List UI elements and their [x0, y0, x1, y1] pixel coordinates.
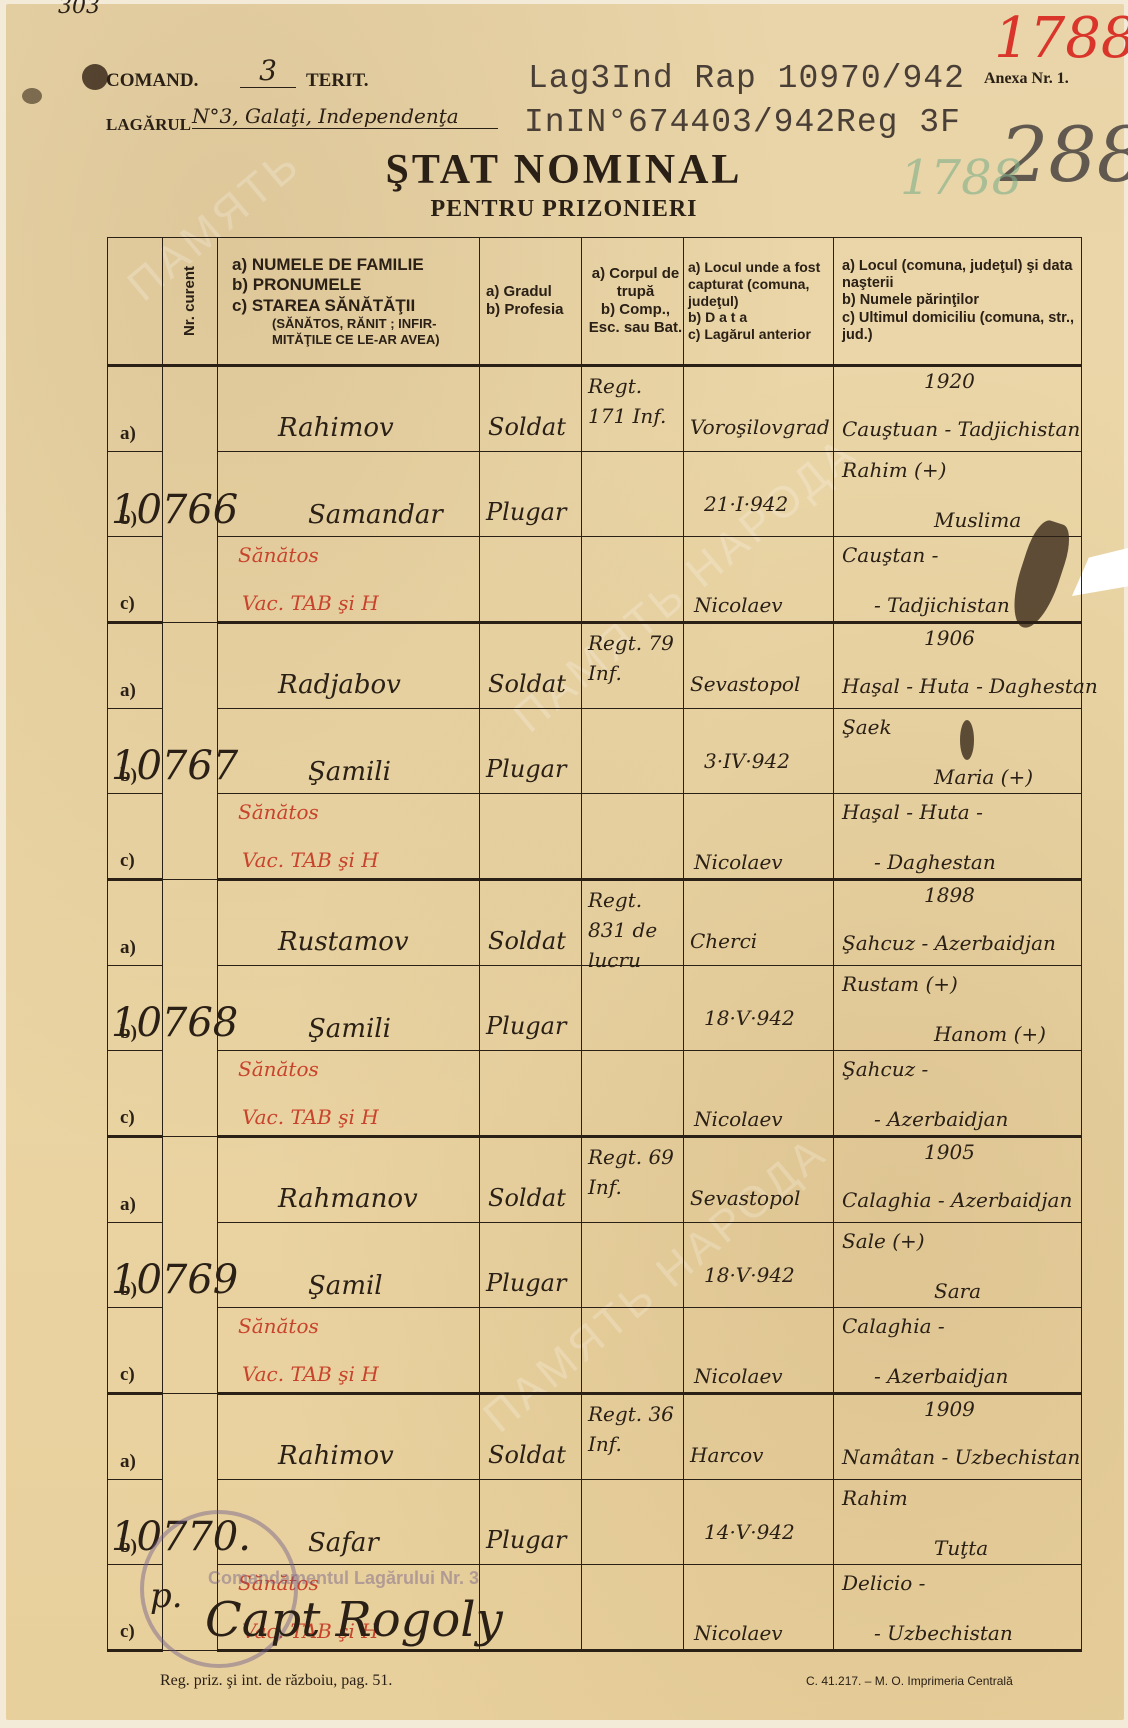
rank-cell: Soldat	[480, 1394, 582, 1480]
anexa-label: Anexa Nr. 1.	[984, 70, 1069, 88]
capture-date-cell: 18·V·942	[684, 966, 834, 1051]
table-row: c)SănătosVac. TAB şi HNicolaevHaşal - Hu…	[108, 794, 1082, 880]
ink-stain	[22, 88, 42, 104]
first-name-cell: Şamil	[218, 1223, 480, 1308]
row-label-c: c)	[108, 537, 163, 623]
company-cell	[582, 966, 684, 1051]
parents-cell: RahimTuţta	[834, 1480, 1082, 1565]
prisoner-register-table: Nr. curent a) NUMELE DE FAMILIE b) PRONU…	[107, 237, 1082, 1652]
header-corp-col: a) Corpul de trupăb) Comp., Esc. sau Bat…	[582, 238, 684, 366]
parents-cell: ŞaekMaria (+)	[834, 709, 1082, 794]
seal-text: Comandamentul Lagărului Nr. 3	[208, 1568, 479, 1589]
archive-number-red: 1788	[994, 6, 1128, 71]
first-name-cell: Şamili	[218, 966, 480, 1051]
empty-cell	[480, 794, 582, 880]
row-label-a: a)	[108, 880, 163, 966]
empty-cell	[582, 537, 684, 623]
lagarul-value: N°3, Galaţi, Independenţa	[192, 104, 498, 129]
company-cell	[582, 709, 684, 794]
table-row: c)SănătosVac. TAB şi HNicolaevŞahcuz -- …	[108, 1051, 1082, 1137]
health-cell: SănătosVac. TAB şi H	[218, 1308, 480, 1394]
capture-date-cell: 14·V·942	[684, 1480, 834, 1565]
row-label-c: c)	[108, 794, 163, 880]
parents-cell: Sale (+)Sara	[834, 1223, 1082, 1308]
empty-cell	[582, 1565, 684, 1651]
row-label-b: b)	[108, 709, 163, 794]
table-row: b)ŞamiliPlugar18·V·942Rustam (+)Hanom (+…	[108, 966, 1082, 1051]
row-label-a: a)	[108, 623, 163, 709]
profession-cell: Plugar	[480, 1223, 582, 1308]
unit-cell: Regt. 69 Inf.	[582, 1137, 684, 1223]
birth-cell: 1905Calaghia - Azerbaidjan	[834, 1137, 1082, 1223]
row-label-a: a)	[108, 366, 163, 452]
capture-place-cell: Cherci	[684, 880, 834, 966]
previous-camp-cell: Nicolaev	[684, 537, 834, 623]
capture-place-cell: Sevastopol	[684, 623, 834, 709]
domicile-cell: Delicio -- Uzbechistan	[834, 1565, 1082, 1651]
previous-camp-cell: Nicolaev	[684, 1051, 834, 1137]
previous-camp-cell: Nicolaev	[684, 1565, 834, 1651]
table-row: b)SamandarPlugar21·I·942Rahim (+)Muslima	[108, 452, 1082, 537]
birth-cell: 1898Şahcuz - Azerbaidjan	[834, 880, 1082, 966]
table-row: a)10767RadjabovSoldatRegt. 79 Inf.Sevast…	[108, 623, 1082, 709]
profession-cell: Plugar	[480, 1480, 582, 1565]
signature-prefix: p.	[150, 1576, 183, 1616]
signature: Capt Rogoly	[205, 1592, 503, 1648]
document-title: ŞTAT NOMINAL	[0, 146, 1128, 194]
row-label-b: b)	[108, 1223, 163, 1308]
previous-camp-cell: Nicolaev	[684, 794, 834, 880]
terit-label: TERIT.	[306, 70, 368, 92]
footer-printer: C. 41.217. – M. O. Imprimeria Centrală	[806, 1674, 1013, 1688]
capture-place-cell: Sevastopol	[684, 1137, 834, 1223]
first-name-cell: Samandar	[218, 452, 480, 537]
birth-cell: 1906Haşal - Huta - Daghestan	[834, 623, 1082, 709]
table-row: c)SănătosVac. TAB şi HNicolaevCauştan --…	[108, 537, 1082, 623]
table-row: a)10769RahmanovSoldatRegt. 69 Inf.Sevast…	[108, 1137, 1082, 1223]
parents-cell: Rustam (+)Hanom (+)	[834, 966, 1082, 1051]
family-name-cell: Rahimov	[218, 366, 480, 452]
header-capture-col: a) Locul unde a fost capturat (comuna, j…	[684, 238, 834, 366]
birth-cell: 1909Namâtan - Uzbechistan	[834, 1394, 1082, 1480]
footer-reference: Reg. priz. şi int. de războiu, pag. 51.	[160, 1672, 392, 1690]
table-row: a)10766RahimovSoldatRegt. 171 Inf.Voroşi…	[108, 366, 1082, 452]
company-cell	[582, 452, 684, 537]
rank-cell: Soldat	[480, 366, 582, 452]
ink-stain	[82, 64, 108, 90]
row-label-a: a)	[108, 1394, 163, 1480]
row-label-c: c)	[108, 1308, 163, 1394]
row-label-a: a)	[108, 1137, 163, 1223]
birth-cell: 1920Cauştuan - Tadjichistan	[834, 366, 1082, 452]
table-header-row: Nr. curent a) NUMELE DE FAMILIE b) PRONU…	[108, 238, 1082, 366]
header-row-label-col	[108, 238, 163, 366]
health-cell: SănătosVac. TAB şi H	[218, 1051, 480, 1137]
company-cell	[582, 1480, 684, 1565]
document-subtitle: PENTRU PRIZONIERI	[0, 196, 1128, 223]
empty-cell	[480, 1308, 582, 1394]
table-row: b)ŞamiliPlugar3·IV·942ŞaekMaria (+)	[108, 709, 1082, 794]
capture-place-cell: Voroşilovgrad	[684, 366, 834, 452]
family-name-cell: Rahmanov	[218, 1137, 480, 1223]
comand-value: 3	[240, 54, 296, 88]
domicile-cell: Calaghia -- Azerbaidjan	[834, 1308, 1082, 1394]
rank-cell: Soldat	[480, 1137, 582, 1223]
nr-curent-cell: 10766	[163, 366, 218, 623]
health-cell: SănătosVac. TAB şi H	[218, 537, 480, 623]
registry-stamp-line2: InIN°674403/942Reg 3F	[524, 104, 961, 141]
header-birth-col: a) Locul (comuna, judeţul) şi data naşte…	[834, 238, 1082, 366]
table-row: c)SănătosVac. TAB şi HNicolaevCalaghia -…	[108, 1308, 1082, 1394]
row-label-c: c)	[108, 1051, 163, 1137]
table-row: a)10770.RahimovSoldatRegt. 36 Inf.Harcov…	[108, 1394, 1082, 1480]
empty-cell	[582, 1051, 684, 1137]
comand-label: COMAND.	[106, 70, 198, 92]
header-nr-curent: Nr. curent	[163, 238, 218, 366]
nr-curent-cell: 10767	[163, 623, 218, 880]
empty-cell	[480, 537, 582, 623]
lagarul-label: LAGĂRUL	[106, 115, 191, 135]
company-cell	[582, 1223, 684, 1308]
parents-cell: Rahim (+)Muslima	[834, 452, 1082, 537]
empty-cell	[480, 1051, 582, 1137]
registry-stamp-line1: Lag3Ind Rap 10970/942	[528, 60, 965, 97]
empty-cell	[582, 794, 684, 880]
capture-place-cell: Harcov	[684, 1394, 834, 1480]
family-name-cell: Rustamov	[218, 880, 480, 966]
profession-cell: Plugar	[480, 966, 582, 1051]
rank-cell: Soldat	[480, 880, 582, 966]
corner-page-number: 303	[58, 0, 100, 19]
table-row: b)ŞamilPlugar18·V·942Sale (+)Sara	[108, 1223, 1082, 1308]
header-name-col: a) NUMELE DE FAMILIE b) PRONUMELE c) STA…	[218, 238, 480, 366]
row-label-b: b)	[108, 966, 163, 1051]
previous-camp-cell: Nicolaev	[684, 1308, 834, 1394]
capture-date-cell: 18·V·942	[684, 1223, 834, 1308]
nr-curent-cell: 10768	[163, 880, 218, 1137]
first-name-cell: Şamili	[218, 709, 480, 794]
domicile-cell: Cauştan -- Tadjichistan	[834, 537, 1082, 623]
nr-curent-cell: 10769	[163, 1137, 218, 1394]
unit-cell: Regt. 79 Inf.	[582, 623, 684, 709]
profession-cell: Plugar	[480, 709, 582, 794]
row-label-b: b)	[108, 452, 163, 537]
health-cell: SănătosVac. TAB şi H	[218, 794, 480, 880]
profession-cell: Plugar	[480, 452, 582, 537]
capture-date-cell: 21·I·942	[684, 452, 834, 537]
family-name-cell: Radjabov	[218, 623, 480, 709]
header-grad-col: a) Gradulb) Profesia	[480, 238, 582, 366]
unit-cell: Regt. 171 Inf.	[582, 366, 684, 452]
rank-cell: Soldat	[480, 623, 582, 709]
empty-cell	[582, 1308, 684, 1394]
domicile-cell: Şahcuz -- Azerbaidjan	[834, 1051, 1082, 1137]
table-row: a)10768RustamovSoldatRegt. 831 de lucruC…	[108, 880, 1082, 966]
domicile-cell: Haşal - Huta -- Daghestan	[834, 794, 1082, 880]
family-name-cell: Rahimov	[218, 1394, 480, 1480]
unit-cell: Regt. 36 Inf.	[582, 1394, 684, 1480]
unit-cell: Regt. 831 de lucru	[582, 880, 684, 966]
capture-date-cell: 3·IV·942	[684, 709, 834, 794]
